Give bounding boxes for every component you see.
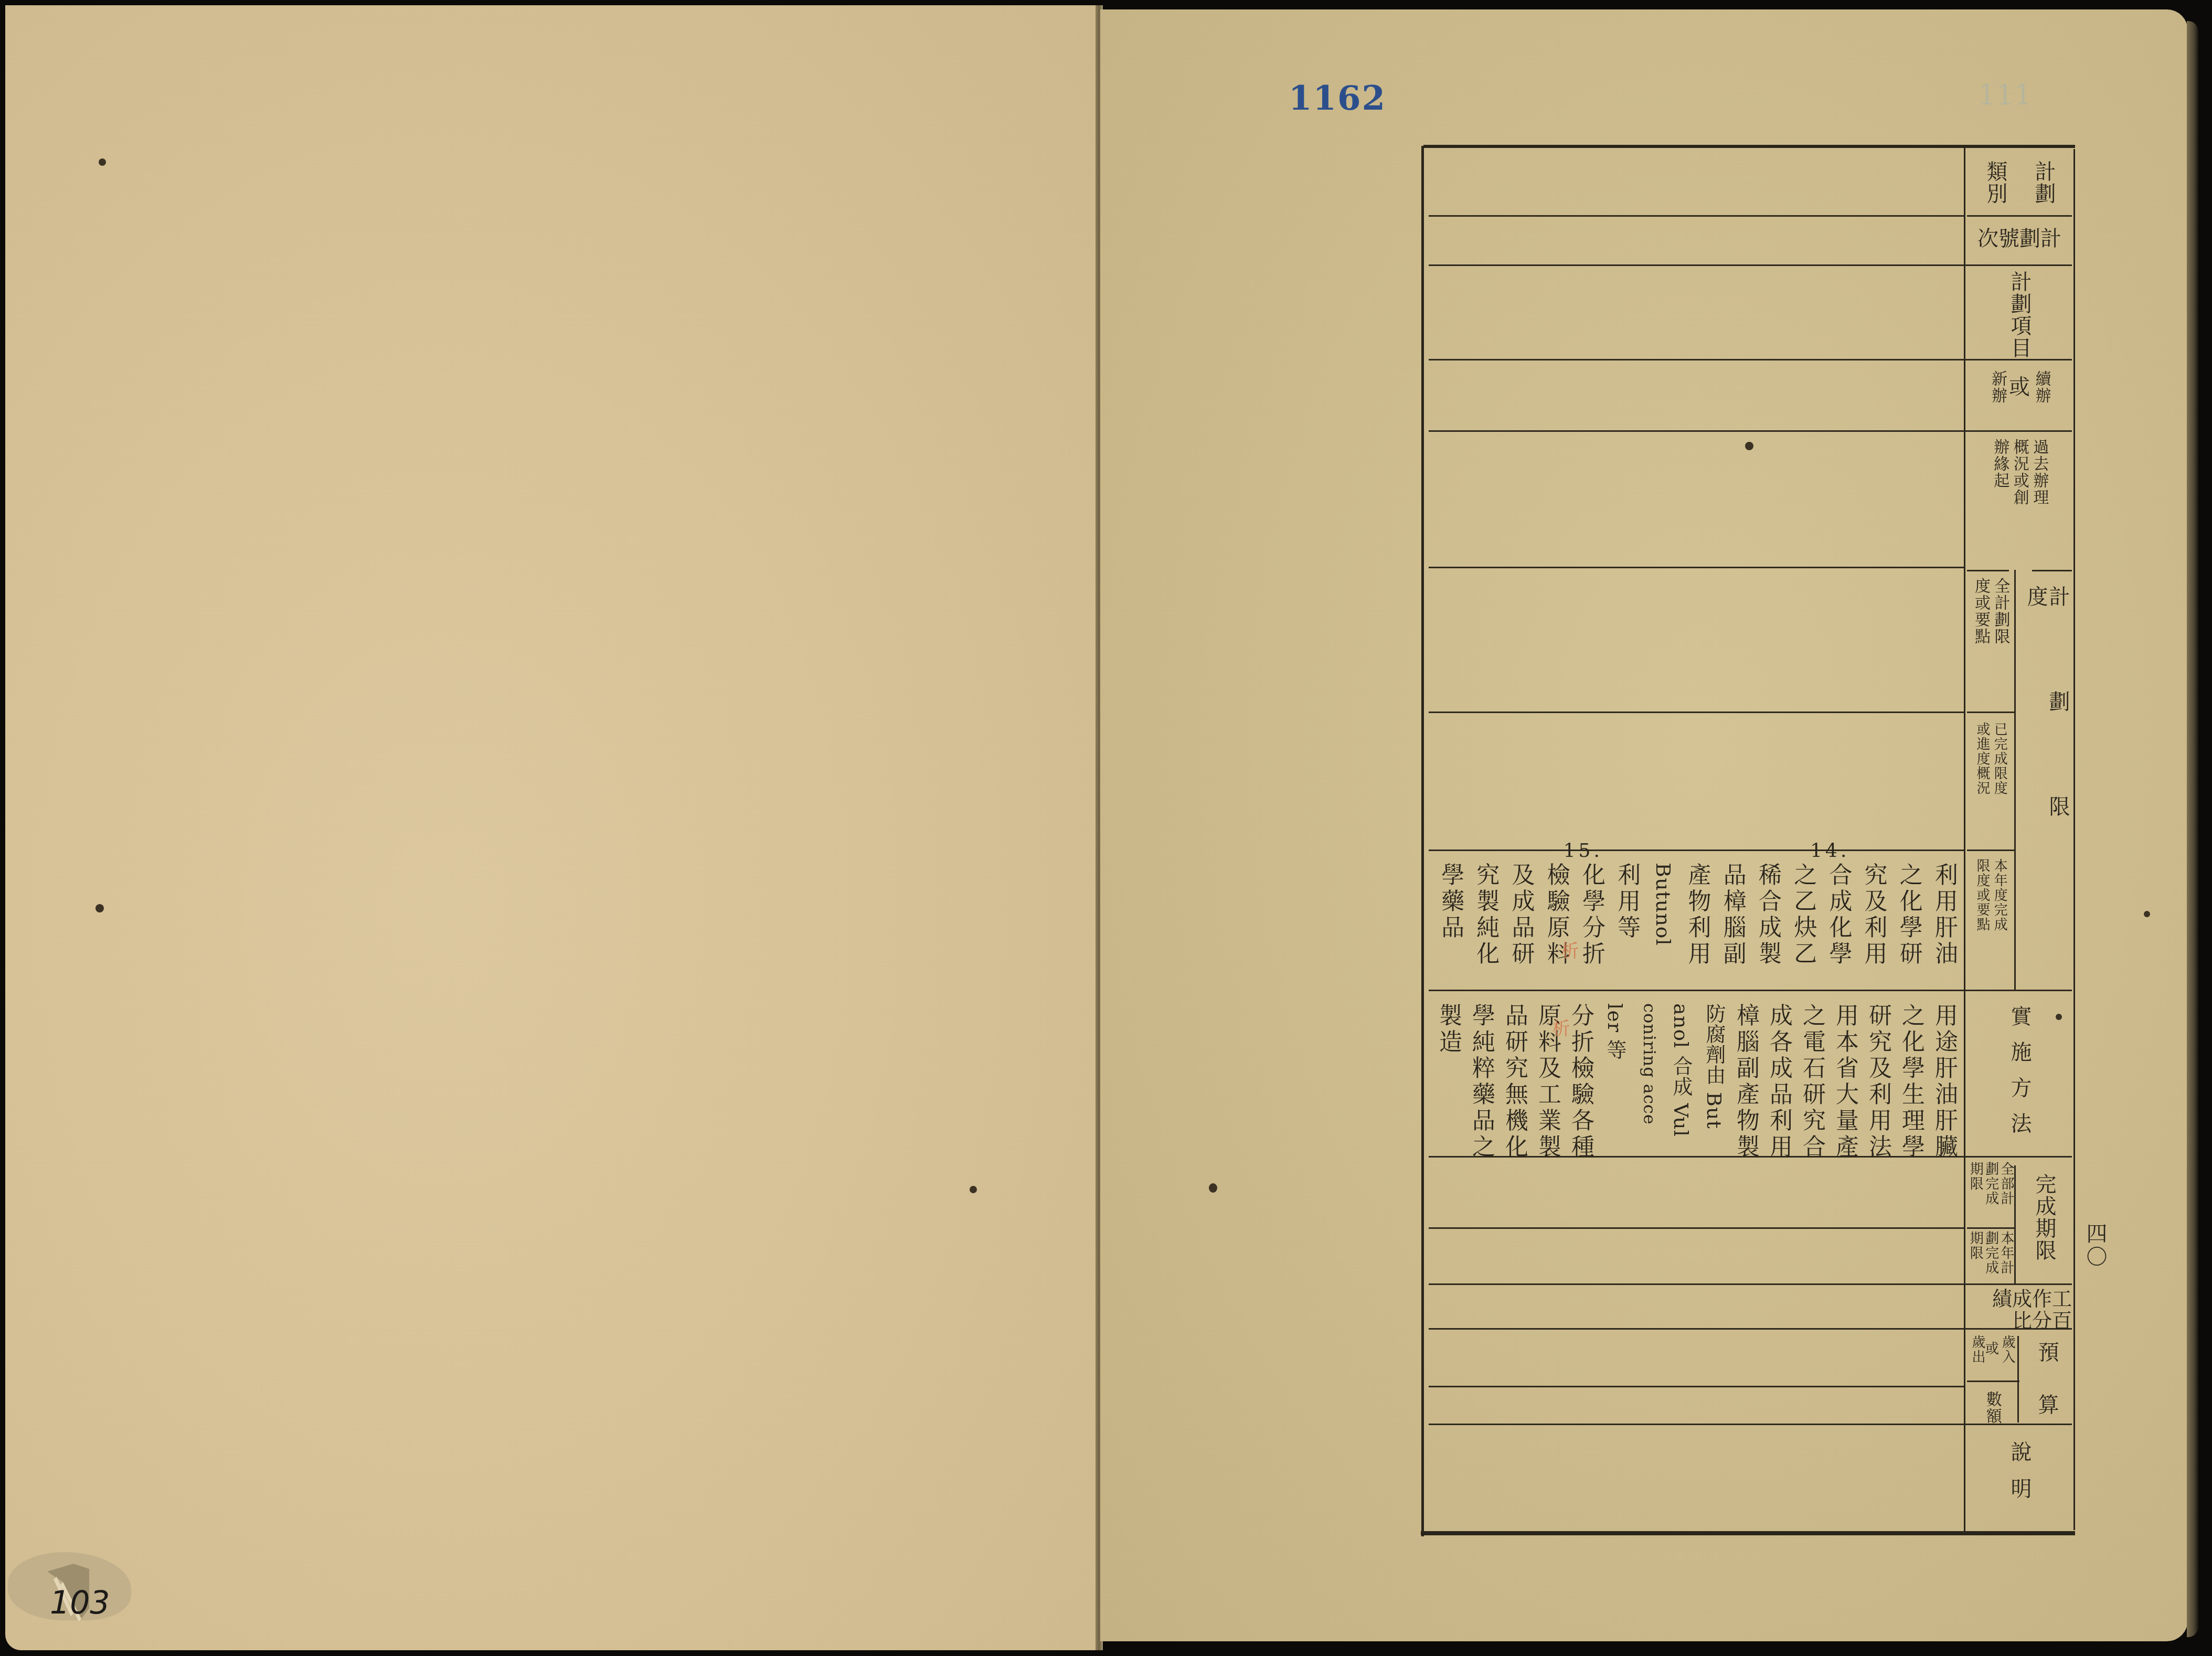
entry-text: 防腐劑由 But bbox=[1703, 1003, 1726, 1129]
label-plan-category: 計劃 類別 bbox=[1967, 161, 2072, 205]
this-year-limits-entries: 利用肝油 之化學研 究及利用 14. 合成化學 之乙炔乙 稀合成製 品樟腦副 產… bbox=[1428, 863, 1962, 968]
label-text: 已完成限度 bbox=[1992, 722, 2006, 795]
entry-text: Butunol bbox=[1652, 863, 1675, 946]
entry-column: 究及利用 bbox=[1857, 863, 1885, 968]
entry-text: 利用肝油 bbox=[1931, 863, 1958, 968]
entry-column: ler 等 bbox=[1599, 1003, 1625, 1161]
row-line bbox=[1429, 359, 2072, 360]
entry-column: 品樟腦副 bbox=[1716, 863, 1744, 968]
label-text: 新辦 bbox=[1990, 370, 2006, 404]
label-plan-limits-completed: 已完成限度 或進度概況 bbox=[1967, 722, 2014, 795]
table-border bbox=[1421, 146, 1424, 1536]
paper-speck bbox=[95, 904, 104, 912]
entry-column: 之化學生理學 bbox=[1897, 1003, 1922, 1161]
entry-text: 及成品研 bbox=[1508, 863, 1535, 968]
label-text: 計劃項目 bbox=[2008, 271, 2030, 359]
table-border bbox=[1421, 1531, 2075, 1535]
subcolumn-divider bbox=[2014, 570, 2016, 990]
label-history: 過去辦理 概況或創 辦緣起 bbox=[1967, 439, 2072, 506]
label-text: 本年計 bbox=[1999, 1231, 2013, 1275]
faint-number-stamp: 111 bbox=[1978, 79, 2032, 112]
label-continuing-or-new: 續辦 或 新辦 bbox=[1967, 370, 2072, 404]
label-text: 限度或要點 bbox=[1975, 858, 1989, 932]
label-budget-amount: 數額 bbox=[1967, 1391, 2017, 1425]
row-line bbox=[1429, 1227, 1964, 1229]
entry-text: 研究及利用法 bbox=[1865, 1003, 1891, 1161]
entry-column: 製造 bbox=[1434, 1003, 1460, 1161]
page-number-stamp: 1162 bbox=[1289, 79, 1386, 118]
entry-column: 品研究無機化 bbox=[1500, 1003, 1526, 1161]
entry-text: 成各成品利用 bbox=[1766, 1003, 1792, 1161]
entry-column: 及成品研 bbox=[1504, 863, 1532, 968]
folio-number: 四〇 bbox=[2080, 1223, 2110, 1269]
label-text: 歲出 bbox=[1970, 1335, 1984, 1364]
label-text: 度或要點 bbox=[1973, 578, 1990, 645]
entry-column: 究製純化 bbox=[1469, 863, 1497, 968]
entry-text: 究製純化 bbox=[1472, 863, 1499, 968]
entry-text: 究及利用 bbox=[1860, 863, 1887, 968]
entry-column: 用本省大量產 bbox=[1831, 1003, 1856, 1161]
row-line bbox=[1967, 712, 2014, 713]
entry-text: 之化學研 bbox=[1896, 863, 1922, 968]
label-plan-number: 計劃號次 bbox=[1967, 228, 2072, 250]
label-text: 或 bbox=[1985, 1342, 1999, 1356]
entry-column: 之電石研究合 bbox=[1798, 1003, 1823, 1161]
entry-text: 合成化學 bbox=[1825, 863, 1852, 968]
row-line bbox=[1967, 850, 2014, 851]
entry-text: 之乙炔乙 bbox=[1790, 863, 1816, 968]
label-text: 歲入 bbox=[2000, 1335, 2014, 1364]
entry-column: coniring acce bbox=[1632, 1003, 1658, 1161]
entry-column: 用途肝油肝臟 bbox=[1930, 1003, 1955, 1161]
subcolumn-divider bbox=[2017, 1336, 2019, 1423]
entry-text: 化學分折 bbox=[1578, 863, 1605, 968]
entry-column: 稀合成製 bbox=[1751, 863, 1779, 968]
row-line bbox=[1967, 1227, 2014, 1229]
entry-text: 學藥品 bbox=[1437, 863, 1464, 941]
label-text: 期限 bbox=[1968, 1162, 1982, 1191]
table-border bbox=[1423, 145, 2075, 148]
entry-text: 產物利用 bbox=[1684, 863, 1711, 968]
row-line bbox=[1429, 1386, 1964, 1387]
entry-column: 14. 合成化學 bbox=[1822, 863, 1849, 968]
label-text: 計劃號次 bbox=[1977, 228, 2061, 250]
label-budget-type: 歲入 或 歲出 bbox=[1967, 1335, 2017, 1364]
plan-form-table: 計劃 類別 計劃號次 計劃項目 續辦 或 新辦 過去辦理 概況或創 辦緣起 計劃… bbox=[1423, 145, 2075, 1532]
row-line bbox=[1967, 570, 2009, 571]
paper-speck bbox=[970, 1186, 977, 1193]
entry-column: 產物利用 bbox=[1681, 863, 1708, 968]
table-border bbox=[2073, 149, 2075, 1530]
label-text: 本年度完成 bbox=[1992, 858, 2006, 932]
row-line bbox=[1429, 264, 2072, 266]
entry-column: 學藥品 bbox=[1434, 863, 1462, 968]
label-text: 劃完成 bbox=[1983, 1162, 1997, 1206]
entry-column: anol 合成 Vul bbox=[1665, 1003, 1691, 1161]
row-line bbox=[1429, 712, 1964, 713]
label-text: 概況或創 bbox=[2011, 439, 2028, 506]
label-text: 全部計 bbox=[1999, 1162, 2013, 1206]
entry-column: 15. 化學分折 析 bbox=[1575, 863, 1603, 968]
paper-speck bbox=[1209, 1183, 1217, 1193]
subcolumn-divider bbox=[2014, 1165, 2016, 1283]
entry-text: 稀合成製 bbox=[1754, 863, 1781, 968]
row-line bbox=[1429, 215, 1964, 217]
label-text: 計劃 bbox=[2033, 161, 2055, 205]
entry-text: ler 等 bbox=[1603, 1003, 1626, 1060]
row-line bbox=[2032, 570, 2072, 571]
label-budget-group: 預算 bbox=[2022, 1341, 2072, 1446]
entry-column: 利用肝油 bbox=[1928, 863, 1955, 968]
row-line bbox=[1429, 990, 2072, 991]
label-text: 完成期限 bbox=[2033, 1173, 2055, 1261]
row-line bbox=[1967, 215, 2072, 217]
entry-text: 分折檢驗各種 bbox=[1567, 1003, 1594, 1161]
label-text: 劃完成 bbox=[1983, 1231, 1997, 1275]
left-page-blank bbox=[5, 5, 1098, 1650]
entry-text: 之電石研究合 bbox=[1799, 1003, 1825, 1161]
entry-text: 之化學生理學 bbox=[1898, 1003, 1924, 1161]
entry-column: 之化學研 bbox=[1892, 863, 1920, 968]
label-text: 期限 bbox=[1968, 1231, 1982, 1260]
entry-text: 樟腦副產物製 bbox=[1732, 1003, 1759, 1161]
entry-column: 利用等 bbox=[1610, 863, 1638, 968]
label-plan-limits-this-year: 本年度完成 限度或要點 bbox=[1967, 858, 2014, 932]
entry-text: 用本省大量產 bbox=[1832, 1003, 1858, 1161]
entry-text: 學純粹藥品之 bbox=[1468, 1003, 1495, 1161]
label-text: 實施方法 bbox=[2008, 1005, 2030, 1148]
entry-column: 樟腦副產物製 bbox=[1731, 1003, 1757, 1161]
entry-column: 學純粹藥品之 bbox=[1467, 1003, 1493, 1161]
label-text: 續辦 bbox=[2033, 370, 2050, 404]
row-line bbox=[1429, 567, 1964, 568]
label-text: 全計劃限 bbox=[1992, 578, 2009, 645]
row-line bbox=[1967, 1381, 2019, 1382]
label-text: 預算 bbox=[2036, 1341, 2058, 1446]
label-text: 百分比 bbox=[2012, 1311, 2072, 1332]
entry-column: 研究及利用法 bbox=[1864, 1003, 1889, 1161]
label-plan-limits-total: 全計劃限 度或要點 bbox=[1967, 578, 2014, 645]
label-text: 過去辦理 bbox=[2031, 439, 2048, 506]
label-text: 數額 bbox=[1984, 1391, 2001, 1425]
entry-column: 之乙炔乙 bbox=[1786, 863, 1814, 968]
implementation-method-entries: 用途肝油肝臟 之化學生理學 研究及利用法 用本省大量產 之電石研究合 成各成品利… bbox=[1428, 1003, 1962, 1161]
row-line bbox=[1429, 850, 1964, 851]
label-work-progress: 工作成績 百分比 bbox=[1967, 1289, 2072, 1332]
label-notes: 說明 bbox=[1967, 1441, 2072, 1514]
label-text: 工作成績 bbox=[1992, 1289, 2072, 1310]
item-number: 14. bbox=[1810, 842, 1849, 861]
entry-text: 品樟腦副 bbox=[1719, 863, 1746, 968]
entry-column: Butunol bbox=[1645, 863, 1673, 968]
row-line bbox=[1429, 1283, 2072, 1285]
label-text: 辦緣起 bbox=[1992, 439, 2008, 489]
label-column-divider bbox=[1964, 148, 1965, 1533]
paper-speck bbox=[99, 158, 106, 166]
entry-text: coniring acce bbox=[1640, 1003, 1660, 1125]
entry-text: 用途肝油肝臟 bbox=[1931, 1003, 1958, 1161]
entry-column: 防腐劑由 But bbox=[1698, 1003, 1724, 1161]
label-text: 或進度概況 bbox=[1975, 722, 1989, 795]
entry-column: 分折檢驗各種 析 bbox=[1566, 1003, 1592, 1161]
entry-text: 品研究無機化 bbox=[1501, 1003, 1528, 1161]
label-text: 說明 bbox=[2008, 1441, 2030, 1514]
red-correction-mark: 析 bbox=[1559, 941, 1577, 962]
label-completion-this-year: 本年計 劃完成 期限 bbox=[1967, 1231, 2014, 1275]
paper-speck bbox=[2144, 911, 2150, 917]
row-line bbox=[1429, 430, 2072, 432]
entry-column: 成各成品利用 bbox=[1764, 1003, 1790, 1161]
entry-text: anol 合成 Vul bbox=[1669, 1003, 1693, 1137]
label-plan-limits-group: 計劃限度 bbox=[2022, 586, 2072, 979]
label-completion-deadline-group: 完成期限 bbox=[2016, 1173, 2072, 1261]
label-plan-item: 計劃項目 bbox=[1967, 271, 2072, 359]
item-number: 15. bbox=[1564, 842, 1603, 861]
entry-text: 利用等 bbox=[1613, 863, 1640, 941]
red-correction-mark: 析 bbox=[1550, 1019, 1568, 1040]
handwritten-number: 103 bbox=[50, 1585, 110, 1621]
entry-text: 製造 bbox=[1435, 1003, 1462, 1056]
label-text: 計劃限度 bbox=[2025, 586, 2069, 979]
label-completion-all: 全部計 劃完成 期限 bbox=[1967, 1162, 2014, 1206]
label-text: 類別 bbox=[1984, 161, 2006, 205]
page-stack-edge bbox=[2187, 21, 2198, 1637]
label-implementation-method: 實施方法 bbox=[1967, 1005, 2072, 1148]
label-text: 或 bbox=[2009, 376, 2030, 398]
